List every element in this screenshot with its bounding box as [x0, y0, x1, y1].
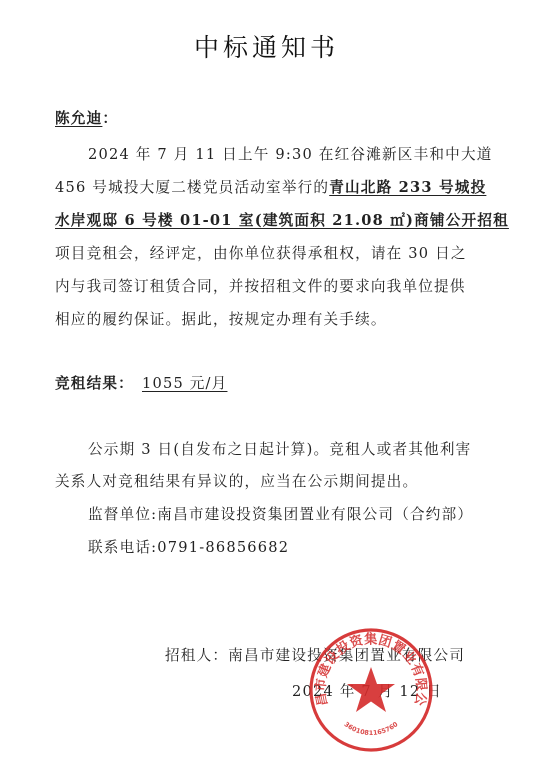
notice-document: 中标通知书 陈允迪： 2024 年 7 月 11 日上午 9:30 在红谷滩新区…	[0, 0, 533, 771]
body-line-2: 456 号城投大厦二楼党员活动室举行的青山北路 233 号城投	[55, 178, 486, 198]
addressee-line: 陈允迪：	[55, 109, 118, 129]
body-line-6: 相应的履约保证。据此，按规定办理有关手续。	[55, 310, 387, 330]
notice-line-2: 关系人对竞租结果有异议的，应当在公示期间提出。	[55, 472, 418, 492]
document-title: 中标通知书	[0, 28, 533, 64]
svg-text:3601081165760: 3601081165760	[343, 720, 400, 737]
body-line-4: 项目竞租会，经评定，由你单位获得承租权，请在 30 日之	[55, 244, 467, 264]
body-line-5: 内与我司签订租赁合同，并按招租文件的要求向我单位提供	[55, 277, 466, 297]
addressee-colon: ：	[102, 110, 118, 127]
property-address-part2: 水岸观邸 6 号楼 01-01 室(建筑面积 21.08 ㎡)商铺公开招租	[55, 211, 509, 231]
contact-phone-line: 联系电话:0791-86856682	[88, 538, 289, 558]
bid-result-value: 1055 元/月	[134, 375, 233, 392]
bid-result-label: 竞租结果：	[55, 375, 134, 392]
body-line-2-text: 456 号城投大厦二楼党员活动室举行的	[55, 179, 329, 196]
notice-line-1: 公示期 3 日(自发布之日起计算)。竞租人或者其他利害	[88, 440, 471, 460]
addressee-name: 陈允迪	[55, 110, 102, 127]
property-address-part1: 青山北路 233 号城投	[329, 179, 486, 196]
company-seal-icon: 南昌市建设投资集团置业有限公司 3601081165760	[308, 627, 434, 753]
body-line-1: 2024 年 7 月 11 日上午 9:30 在红谷滩新区丰和中大道	[88, 145, 493, 165]
supervisor-line: 监督单位:南昌市建设投资集团置业有限公司（合约部）	[88, 505, 473, 525]
bid-result: 竞租结果：1055 元/月	[55, 374, 233, 394]
